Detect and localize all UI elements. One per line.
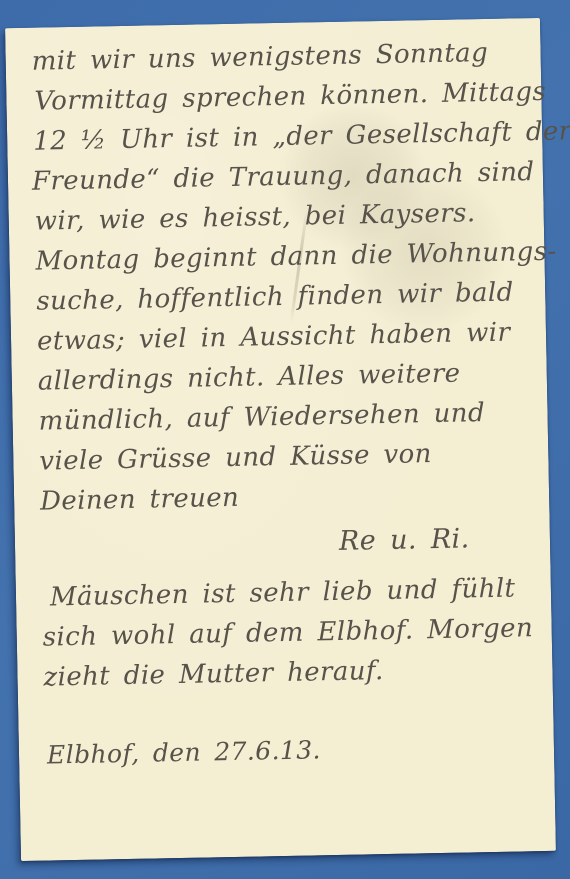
handwritten-line: Deinen treuen [40, 472, 534, 521]
scan-background: mit wir uns wenigstens Sonntag Vormittag… [0, 0, 570, 879]
postcard: mit wir uns wenigstens Sonntag Vormittag… [5, 18, 556, 861]
signature: Re u. Ri. [41, 518, 535, 567]
handwritten-message: mit wir uns wenigstens Sonntag Vormittag… [5, 18, 556, 861]
postscript-line: zieht die Mutter herauf. [43, 648, 537, 697]
dateline: Elbhof, den 27.6.13. [47, 726, 539, 775]
